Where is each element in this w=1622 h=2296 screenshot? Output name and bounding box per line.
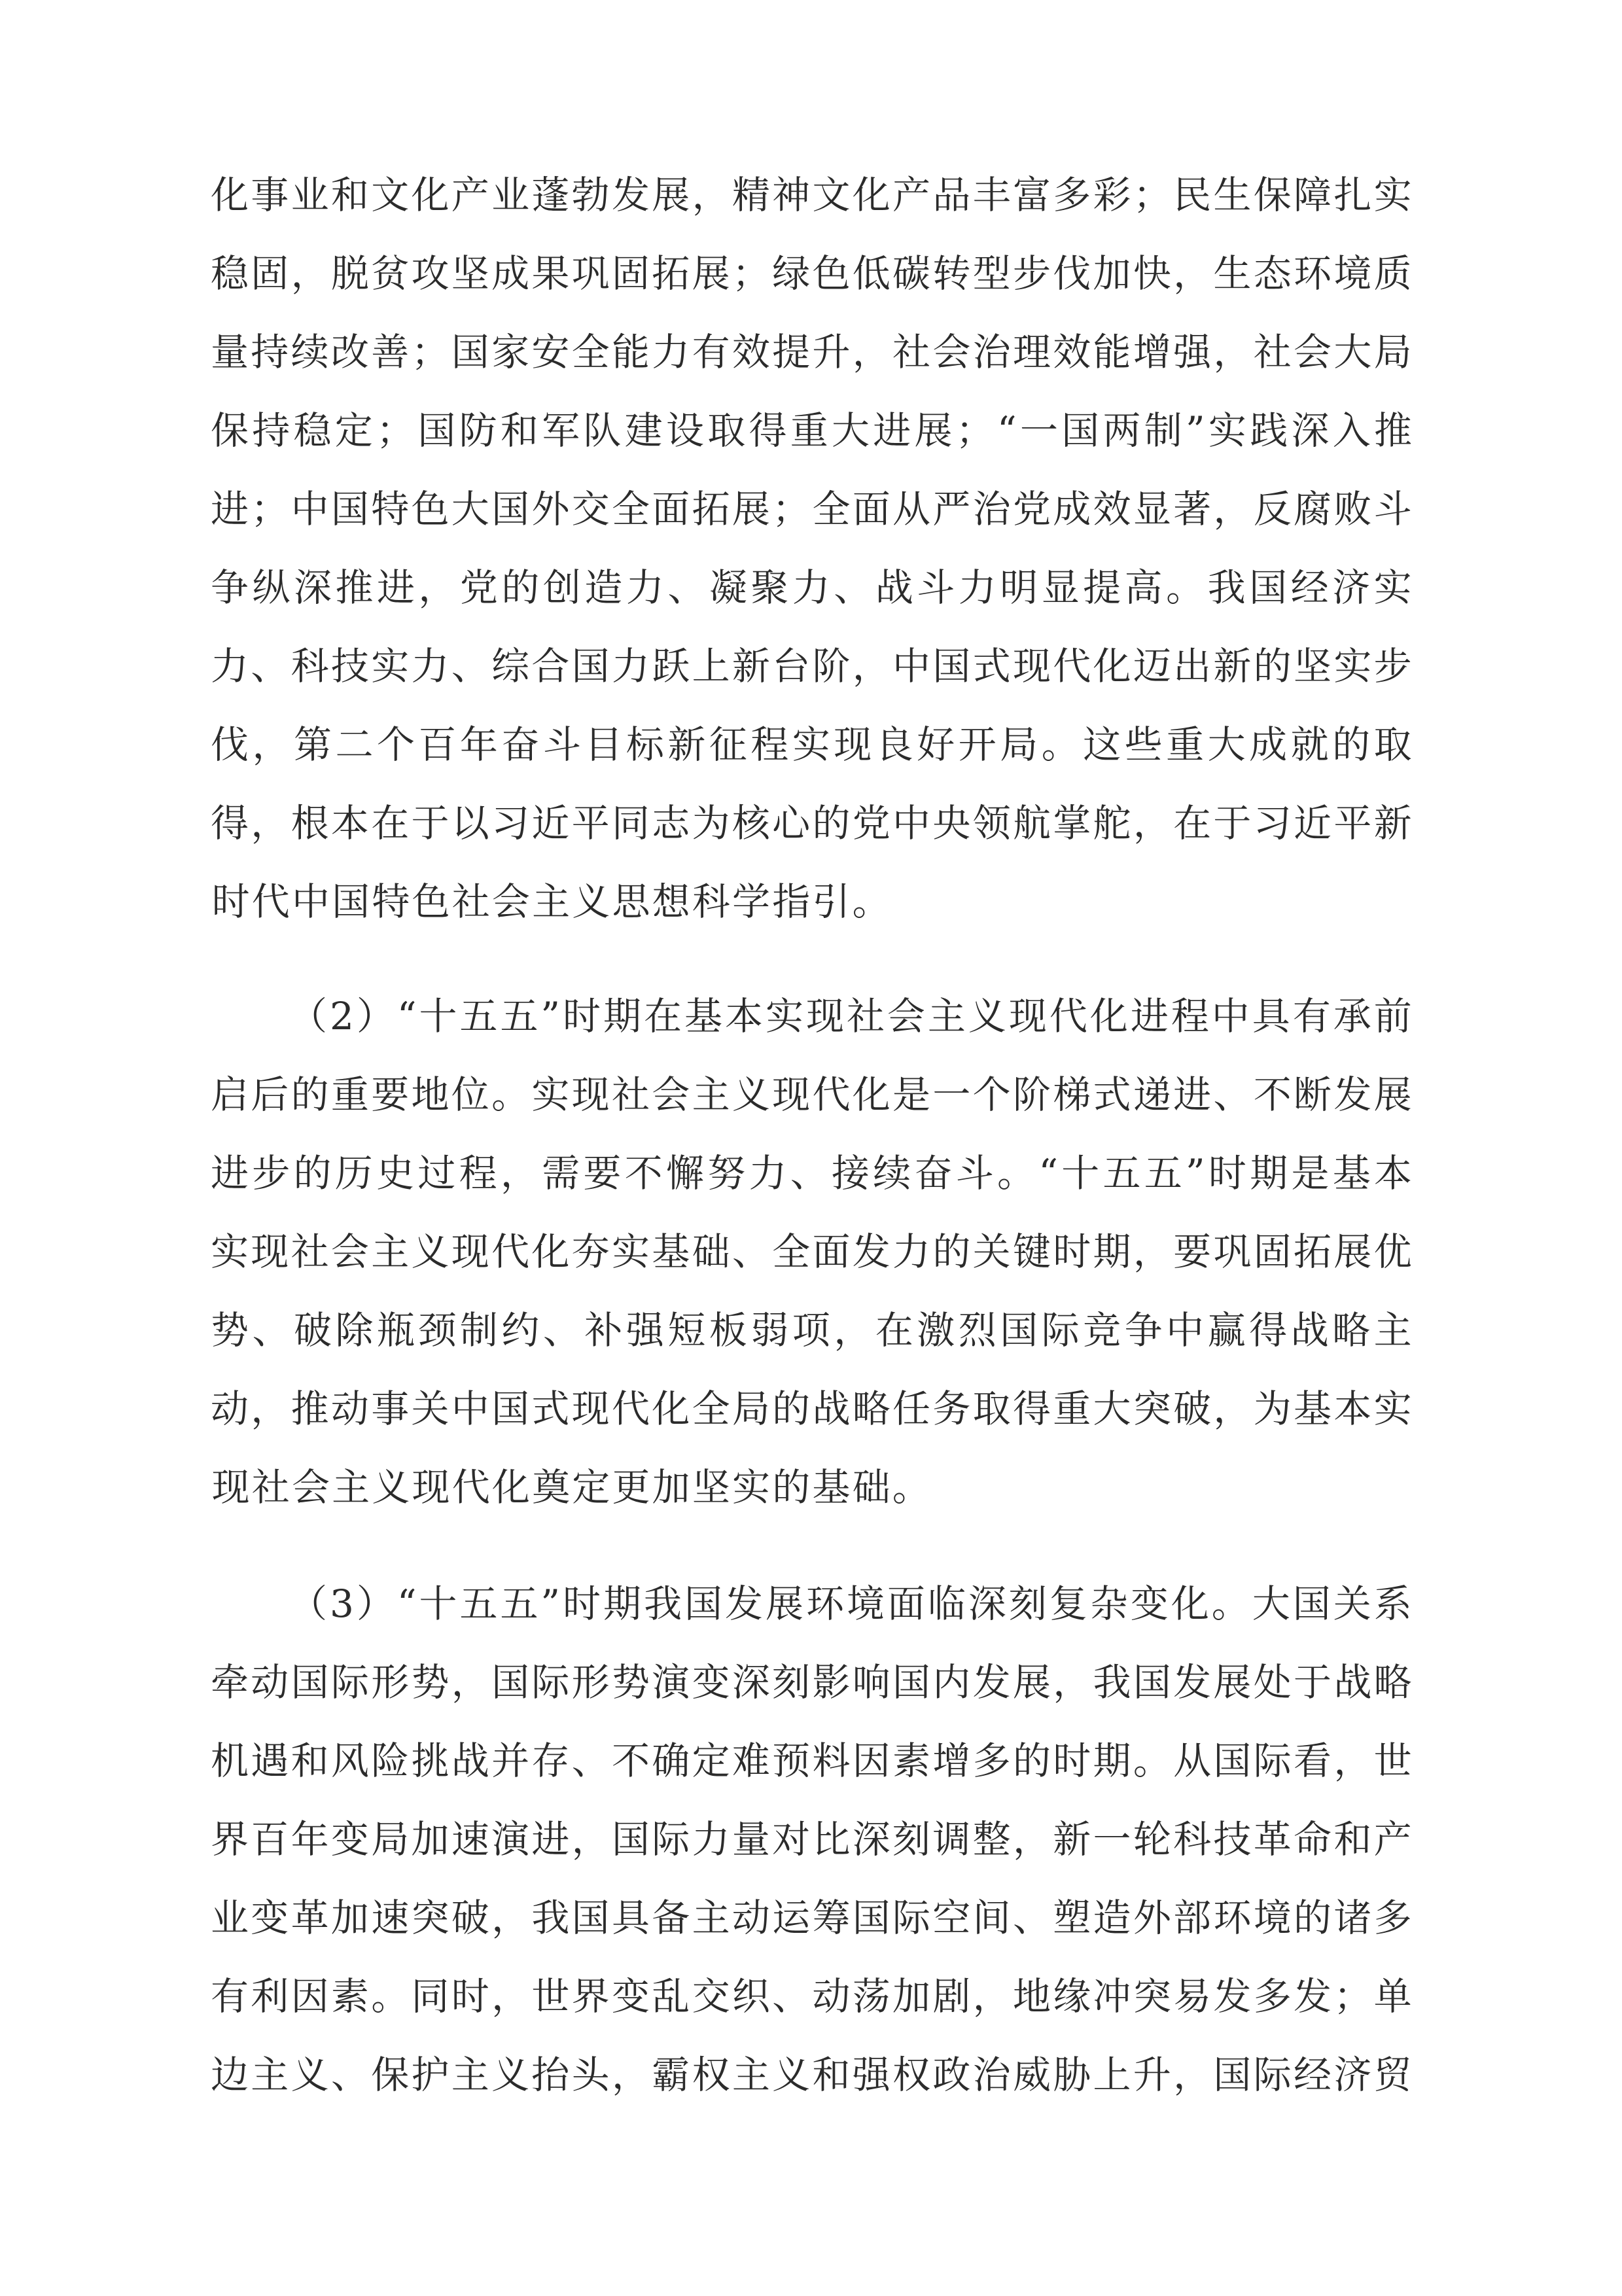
text-line: 有利因素。同时，世界变乱交织、动荡加剧，地缘冲突易发多发；单	[211, 1975, 1412, 2017]
text-line: 化事业和文化产业蓬勃发展，精神文化产品丰富多彩；民生保障扎实	[211, 174, 1412, 216]
text-line: 进；中国特色大国外交全面拓展；全面从严治党成效显著，反腐败斗	[211, 488, 1412, 530]
text-line: 争纵深推进，党的创造力、凝聚力、战斗力明显提高。我国经济实	[211, 567, 1412, 609]
text-line: 边主义、保护主义抬头，霸权主义和强权政治威胁上升，国际经济贸	[211, 2054, 1412, 2096]
text-line: 稳固，脱贫攻坚成果巩固拓展；绿色低碳转型步伐加快，生态环境质	[211, 253, 1412, 294]
text-line: 势、破除瓶颈制约、补强短板弱项，在激烈国际竞争中赢得战略主	[211, 1309, 1412, 1351]
text-line: 进步的历史过程，需要不懈努力、接续奋斗。“十五五”时期是基本	[211, 1152, 1412, 1194]
text-line: 动，推动事关中国式现代化全局的战略任务取得重大突破，为基本实	[211, 1388, 1412, 1430]
text-line: 界百年变局加速演进，国际力量对比深刻调整，新一轮科技革命和产	[211, 1818, 1412, 1860]
text-line: 时代中国特色社会主义思想科学指引。	[211, 881, 1412, 923]
text-line: 保持稳定；国防和军队建设取得重大进展；“一国两制”实践深入推	[211, 410, 1412, 451]
text-line: 启后的重要地位。实现社会主义现代化是一个阶梯式递进、不断发展	[211, 1074, 1412, 1116]
text-line: 牵动国际形势，国际形势演变深刻影响国内发展，我国发展处于战略	[211, 1661, 1412, 1703]
text-line: 力、科技实力、综合国力跃上新台阶，中国式现代化迈出新的坚实步	[211, 645, 1412, 687]
text-line: 伐，第二个百年奋斗目标新征程实现良好开局。这些重大成就的取	[211, 724, 1412, 766]
text-line: （2）“十五五”时期在基本实现社会主义现代化进程中具有承前	[289, 995, 1412, 1037]
text-line: 得，根本在于以习近平同志为核心的党中央领航掌舵，在于习近平新	[211, 802, 1412, 844]
text-line: 业变革加速突破，我国具备主动运筹国际空间、塑造外部环境的诸多	[211, 1897, 1412, 1939]
text-line: 实现社会主义现代化夯实基础、全面发力的关键时期，要巩固拓展优	[211, 1231, 1412, 1273]
text-line: 量持续改善；国家安全能力有效提升，社会治理效能增强，社会大局	[211, 331, 1412, 373]
text-line: （3）“十五五”时期我国发展环境面临深刻复杂变化。大国关系	[289, 1583, 1412, 1625]
text-line: 机遇和风险挑战并存、不确定难预料因素增多的时期。从国际看，世	[211, 1740, 1412, 1782]
document-page: 化事业和文化产业蓬勃发展，精神文化产品丰富多彩；民生保障扎实稳固，脱贫攻坚成果巩…	[0, 0, 1622, 2296]
text-line: 现社会主义现代化奠定更加坚实的基础。	[211, 1466, 1412, 1508]
